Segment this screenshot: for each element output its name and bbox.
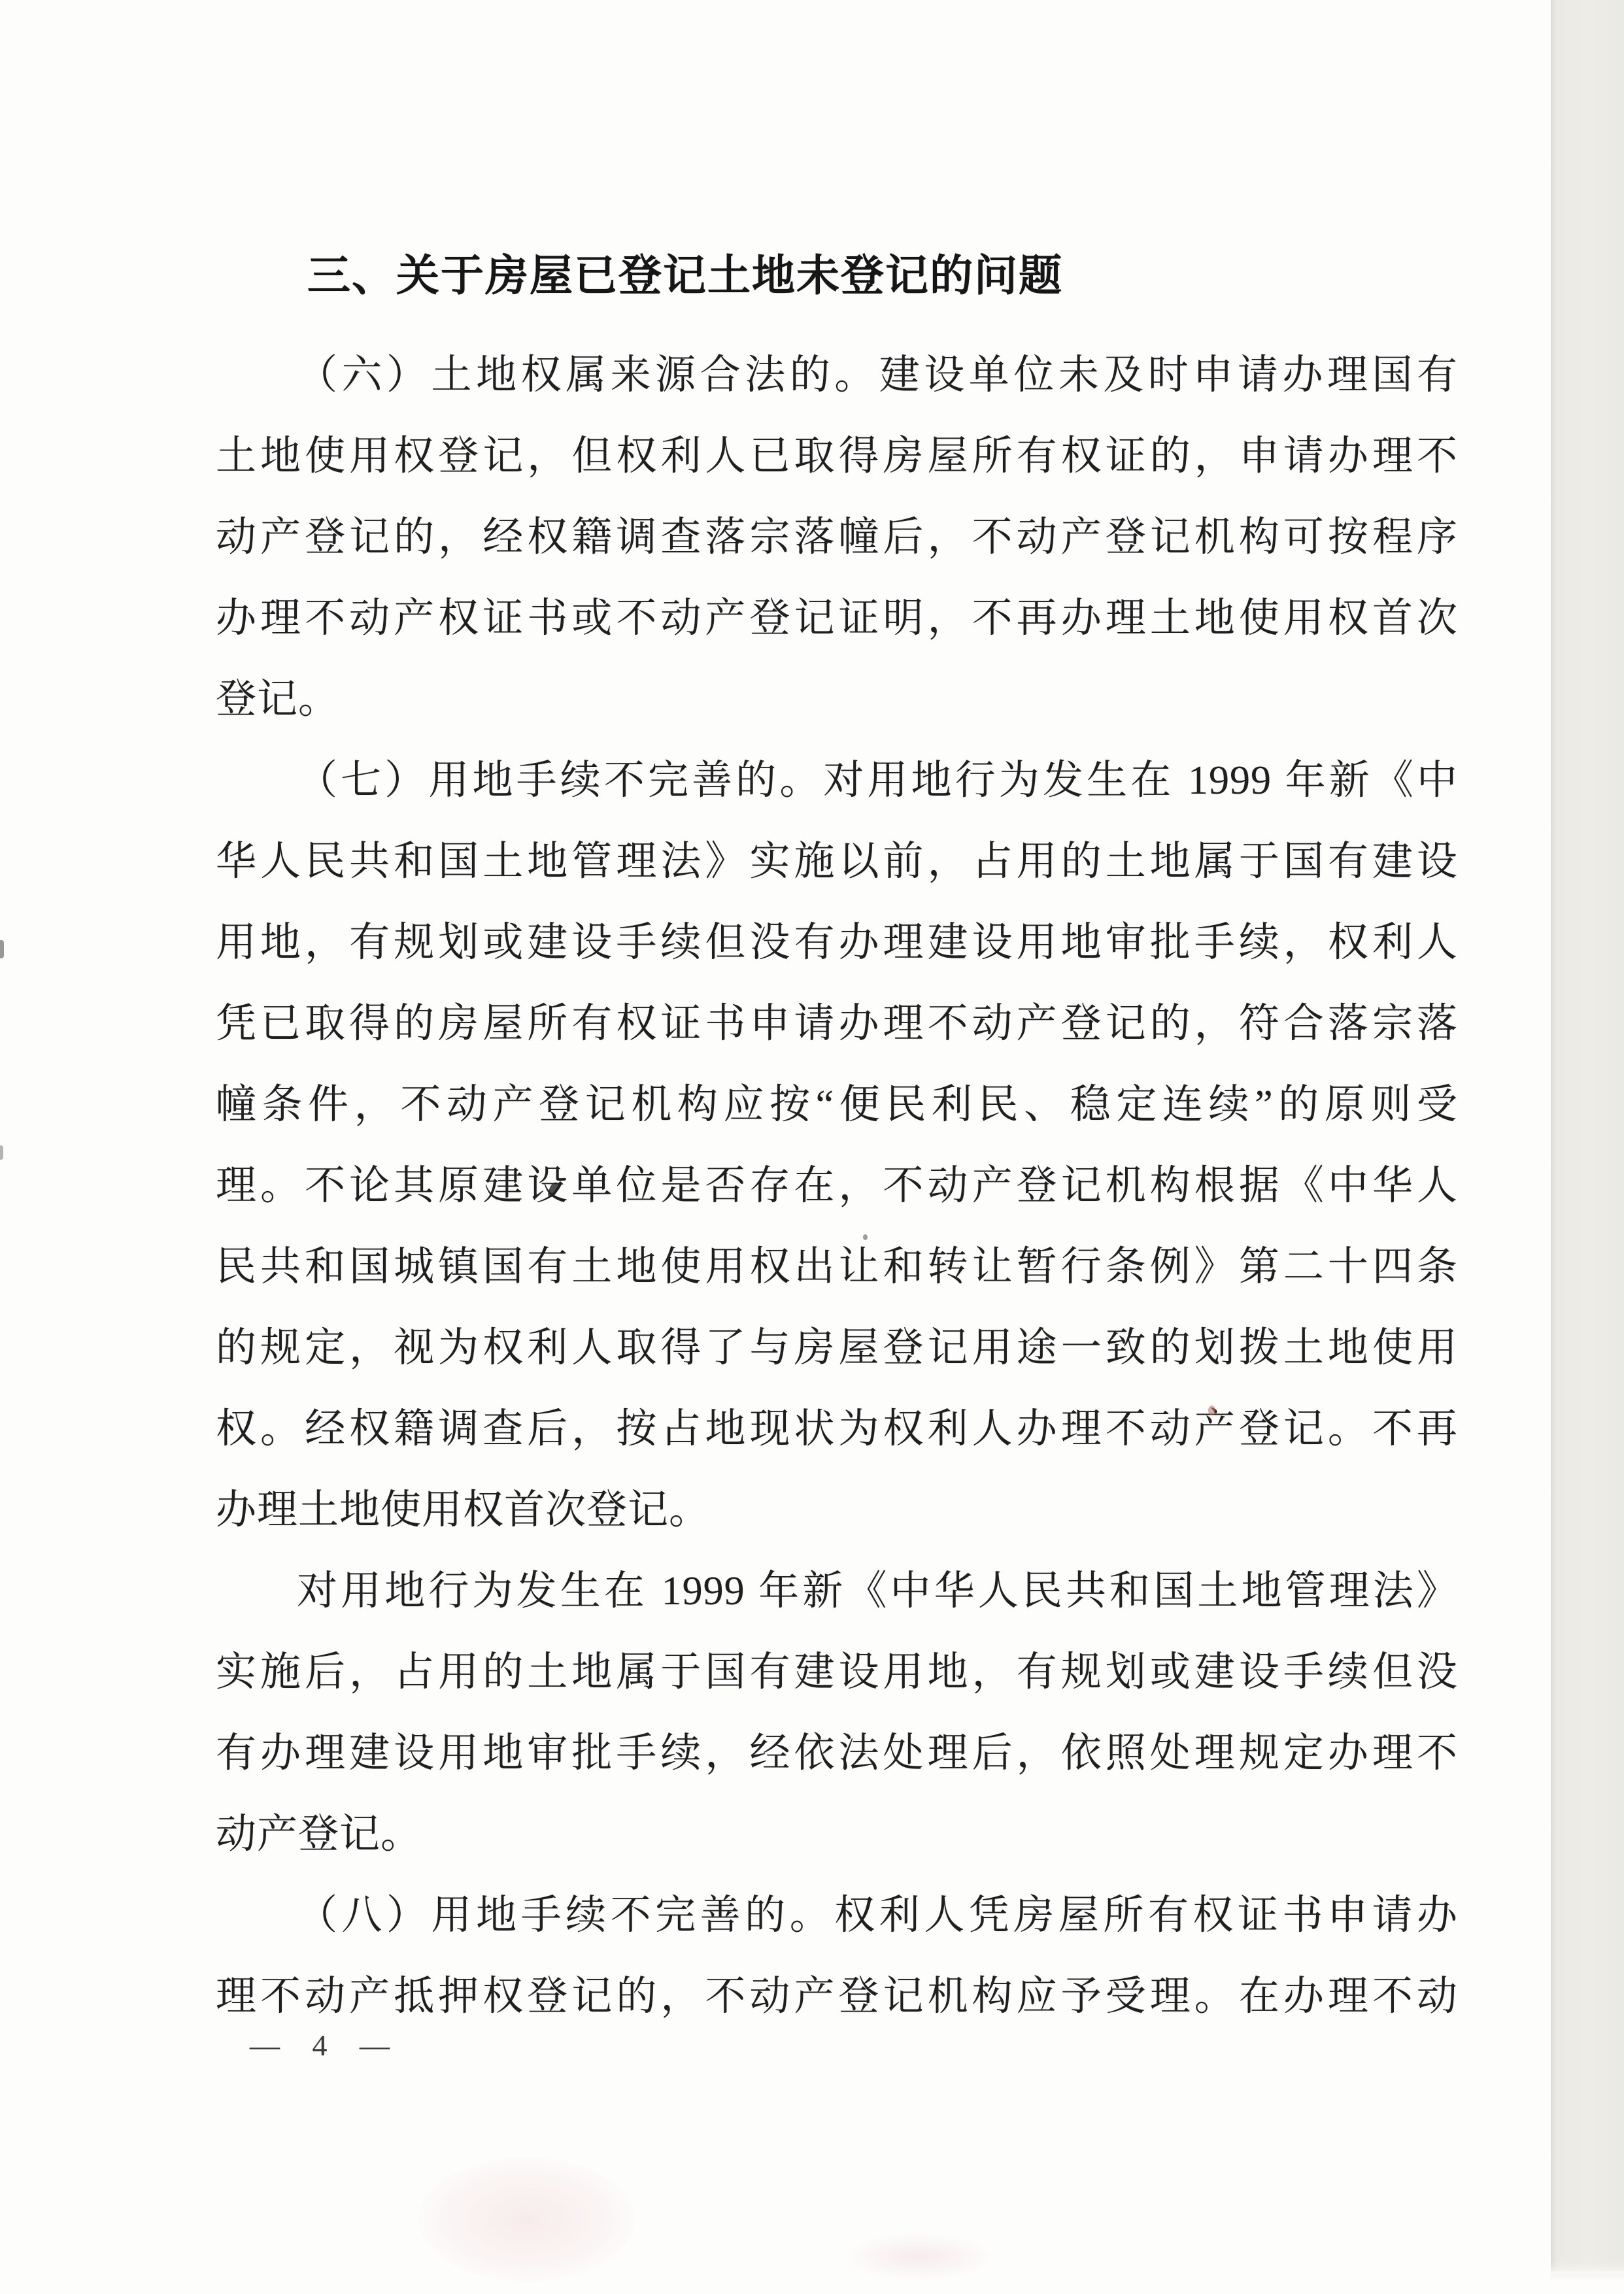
text-line: （七）用地手续不完善的。对用地行为发生在 1999 年新《中 — [216, 740, 1458, 821]
scan-stain — [418, 2157, 634, 2282]
ink-speck — [1208, 1406, 1215, 1415]
ink-speck — [863, 1234, 868, 1240]
scan-stain — [843, 2233, 994, 2282]
text-line: 理。不论其原建设单位是否存在，不动产登记机构根据《中华人 — [216, 1145, 1458, 1226]
text-line: 动产登记。 — [216, 1794, 1458, 1875]
text-line: 华人民共和国土地管理法》实施以前，占用的土地属于国有建设 — [216, 821, 1458, 902]
section-heading: 三、关于房屋已登记土地未登记的问题 — [307, 252, 1063, 298]
text-line: 实施后，占用的土地属于国有建设用地，有规划或建设手续但没 — [216, 1632, 1458, 1713]
text-line: 办理不动产权证书或不动产登记证明，不再办理土地使用权首次 — [216, 578, 1458, 659]
text-line: 的规定，视为权利人取得了与房屋登记用途一致的划拨土地使用 — [216, 1307, 1458, 1389]
text-line: （八）用地手续不完善的。权利人凭房屋所有权证书申请办 — [216, 1875, 1458, 1956]
text-line: 土地使用权登记，但权利人已取得房屋所有权证的，申请办理不 — [216, 416, 1458, 497]
text-line: 登记。 — [216, 659, 1458, 740]
scan-edge-fade — [1551, 2262, 1624, 2282]
text-line: 幢条件，不动产登记机构应按“便民利民、稳定连续”的原则受 — [216, 1064, 1458, 1145]
scan-artifact — [0, 1145, 3, 1160]
text-line: 对用地行为发生在 1999 年新《中华人民共和国土地管理法》 — [216, 1551, 1458, 1632]
text-line: 民共和国城镇国有土地使用权出让和转让暂行条例》第二十四条 — [216, 1226, 1458, 1307]
text-line: （六）土地权属来源合法的。建设单位未及时申请办理国有 — [216, 335, 1458, 416]
text-line: 理不动产抵押权登记的，不动产登记机构应予受理。在办理不动 — [216, 1956, 1458, 2037]
text-line: 用地，有规划或建设手续但没有办理建设用地审批手续，权利人 — [216, 902, 1458, 983]
scan-artifact — [0, 940, 4, 958]
document-body: （六）土地权属来源合法的。建设单位未及时申请办理国有土地使用权登记，但权利人已取… — [216, 335, 1458, 2037]
text-line: 权。经权籍调查后，按占地现状为权利人办理不动产登记。不再 — [216, 1389, 1458, 1470]
page-number: — 4 — — [250, 2028, 391, 2063]
text-line: 有办理建设用地审批手续，经依法处理后，依照处理规定办理不 — [216, 1713, 1458, 1794]
text-line: 办理土地使用权首次登记。 — [216, 1470, 1458, 1551]
scan-edge-strip — [1551, 0, 1624, 2271]
document-page: 三、关于房屋已登记土地未登记的问题 （六）土地权属来源合法的。建设单位未及时申请… — [0, 0, 1624, 2294]
text-line: 凭已取得的房屋所有权证书申请办理不动产登记的，符合落宗落 — [216, 983, 1458, 1064]
text-line: 动产登记的，经权籍调查落宗落幢后，不动产登记机构可按程序 — [216, 497, 1458, 578]
